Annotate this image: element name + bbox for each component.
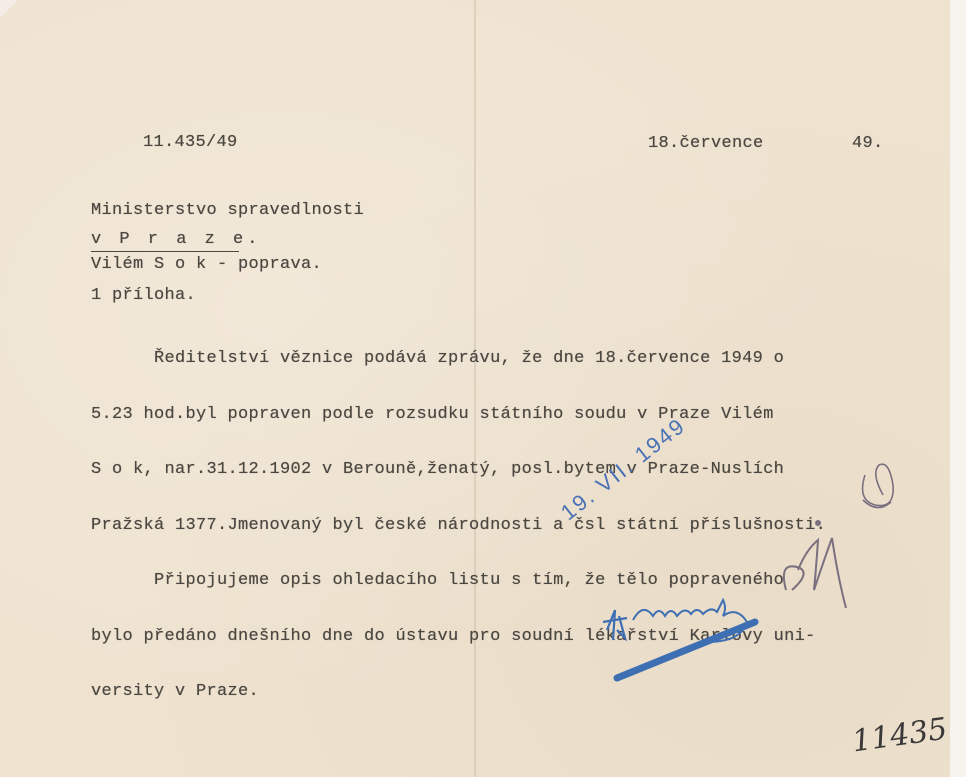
document-date: 18.července [648,134,764,153]
document-year: 49. [852,134,884,153]
body-line: Pražská 1377.Jmenovaný byl české národno… [91,517,826,536]
addressee-line-1: Ministerstvo spravedlnosti [91,201,364,220]
blue-signature [595,560,795,690]
reference-number: 11.435/49 [143,133,238,152]
body-line: S o k, nar.31.12.1902 v Berouně,ženatý, … [91,461,826,480]
scan-margin [950,0,966,777]
subject-line: Vilém S o k - poprava. [91,255,322,274]
body-line: 5.23 hod.byl popraven podle rozsudku stá… [91,406,826,425]
body-line: Ředitelství věznice podává zprávu, že dn… [91,350,826,369]
pencil-initials [768,515,858,615]
folded-corner [0,0,18,18]
addressee-line-2: v P r a z e. [91,230,261,249]
pencil-circle-mark [855,455,905,520]
attachment-note: 1 příloha. [91,286,196,305]
addressee-underline [91,251,239,252]
